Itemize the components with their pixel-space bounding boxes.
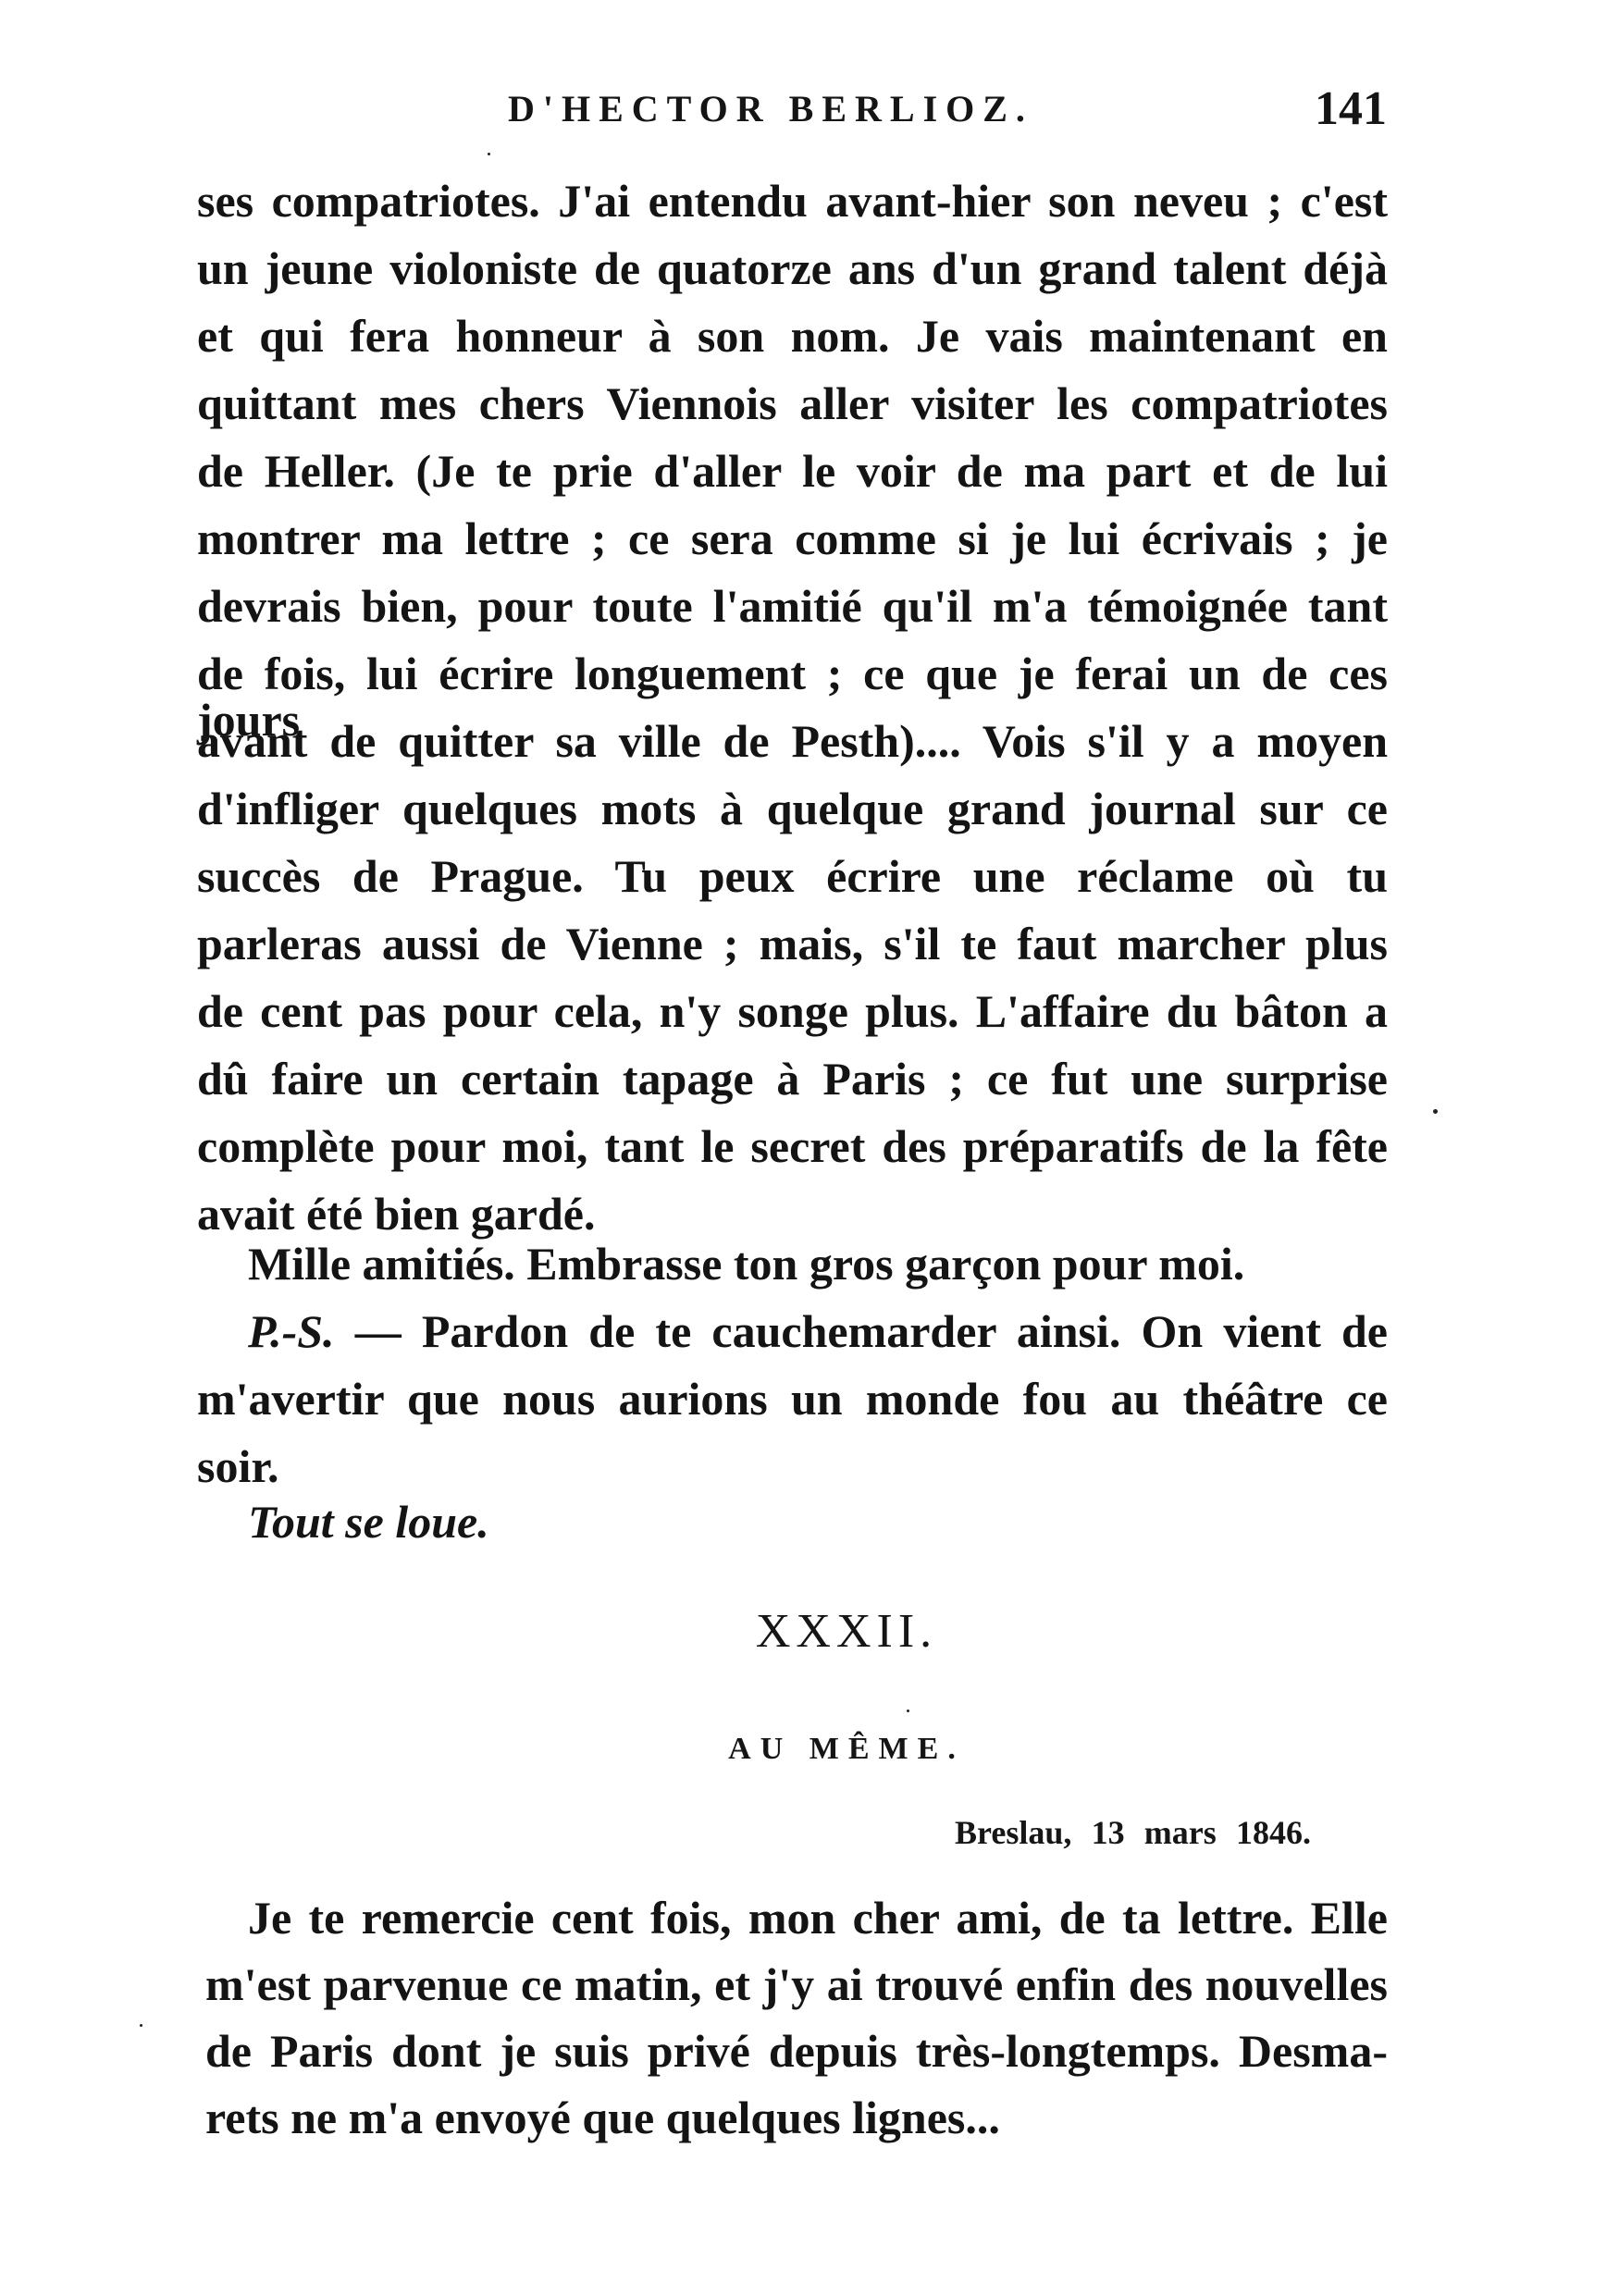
text-line: un jeune violoniste de quatorze ans d'un… <box>197 245 1388 297</box>
text-line: devrais bien, pour toute l'amitié qu'il … <box>197 583 1388 635</box>
scan-speck <box>140 2024 142 2027</box>
text-line: ses compatriotes. J'ai entendu avant-hie… <box>197 178 1388 229</box>
postscript-line-1: P.-S. — Pardon de te cauchemarder ainsi.… <box>248 1308 1388 1360</box>
text-line: de Paris dont je suis privé depuis très-… <box>205 2028 1388 2080</box>
dateline: Breslau, 13 mars 1846. <box>955 1816 1311 1849</box>
letter-number-heading: XXXII. <box>0 1608 1619 1656</box>
text-line: et qui fera honneur à son nom. Je vais m… <box>197 313 1388 364</box>
text-line: succès de Prague. Tu peux écrire une réc… <box>197 853 1388 905</box>
scan-speck <box>907 1710 909 1712</box>
addressee-heading: AU MÊME. <box>0 1734 1619 1765</box>
running-header-title: D'HECTOR BERLIOZ. <box>508 91 1033 128</box>
scan-speck <box>488 153 490 155</box>
text-line: de cent pas pour cela, n'y songe plus. L… <box>197 988 1388 1040</box>
text-line: parleras aussi de Vienne ; mais, s'il te… <box>197 920 1388 972</box>
postscript-line-2: m'avertir que nous aurions un monde fou … <box>197 1376 1388 1427</box>
text-line: d'infliger quelques mots à quelque grand… <box>197 785 1388 837</box>
text-line: rets ne m'a envoyé que quelques lignes..… <box>205 2094 1000 2141</box>
text-line: avant de quitter sa ville de Pesth).... … <box>197 718 1388 770</box>
text-line: montrer ma lettre ; ce sera comme si je … <box>197 515 1388 567</box>
page-number: 141 <box>1315 85 1387 133</box>
text-line: dû faire un certain tapage à Paris ; ce … <box>197 1055 1388 1107</box>
scan-speck <box>1433 1109 1438 1114</box>
text-line: Je te remercie cent fois, mon cher ami, … <box>248 1895 1388 1946</box>
signoff: Tout se loue. <box>248 1499 489 1545</box>
text-line: de fois, lui écrire longuement ; ce que … <box>197 650 1388 702</box>
text-line: m'est parvenue ce matin, et j'y ai trouv… <box>205 1961 1388 2013</box>
text-line: avait été bien gardé. <box>197 1191 595 1237</box>
postscript-dash: — <box>355 1305 402 1357</box>
text-line: de Heller. (Je te prie d'aller le voir d… <box>197 448 1388 500</box>
postscript-text: Pardon de te cauchemarder ainsi. On vien… <box>422 1305 1388 1357</box>
text-line: quittant mes chers Viennois aller visite… <box>197 380 1388 432</box>
postscript-label: P.-S. <box>248 1305 335 1357</box>
text-line: complète pour moi, tant le secret des pr… <box>197 1123 1388 1175</box>
postscript-line-3: soir. <box>197 1443 278 1489</box>
book-page: D'HECTOR BERLIOZ. 141 ses compatriotes. … <box>0 0 1619 2296</box>
closing-line: Mille amitiés. Embrasse ton gros garçon … <box>248 1241 1244 1287</box>
